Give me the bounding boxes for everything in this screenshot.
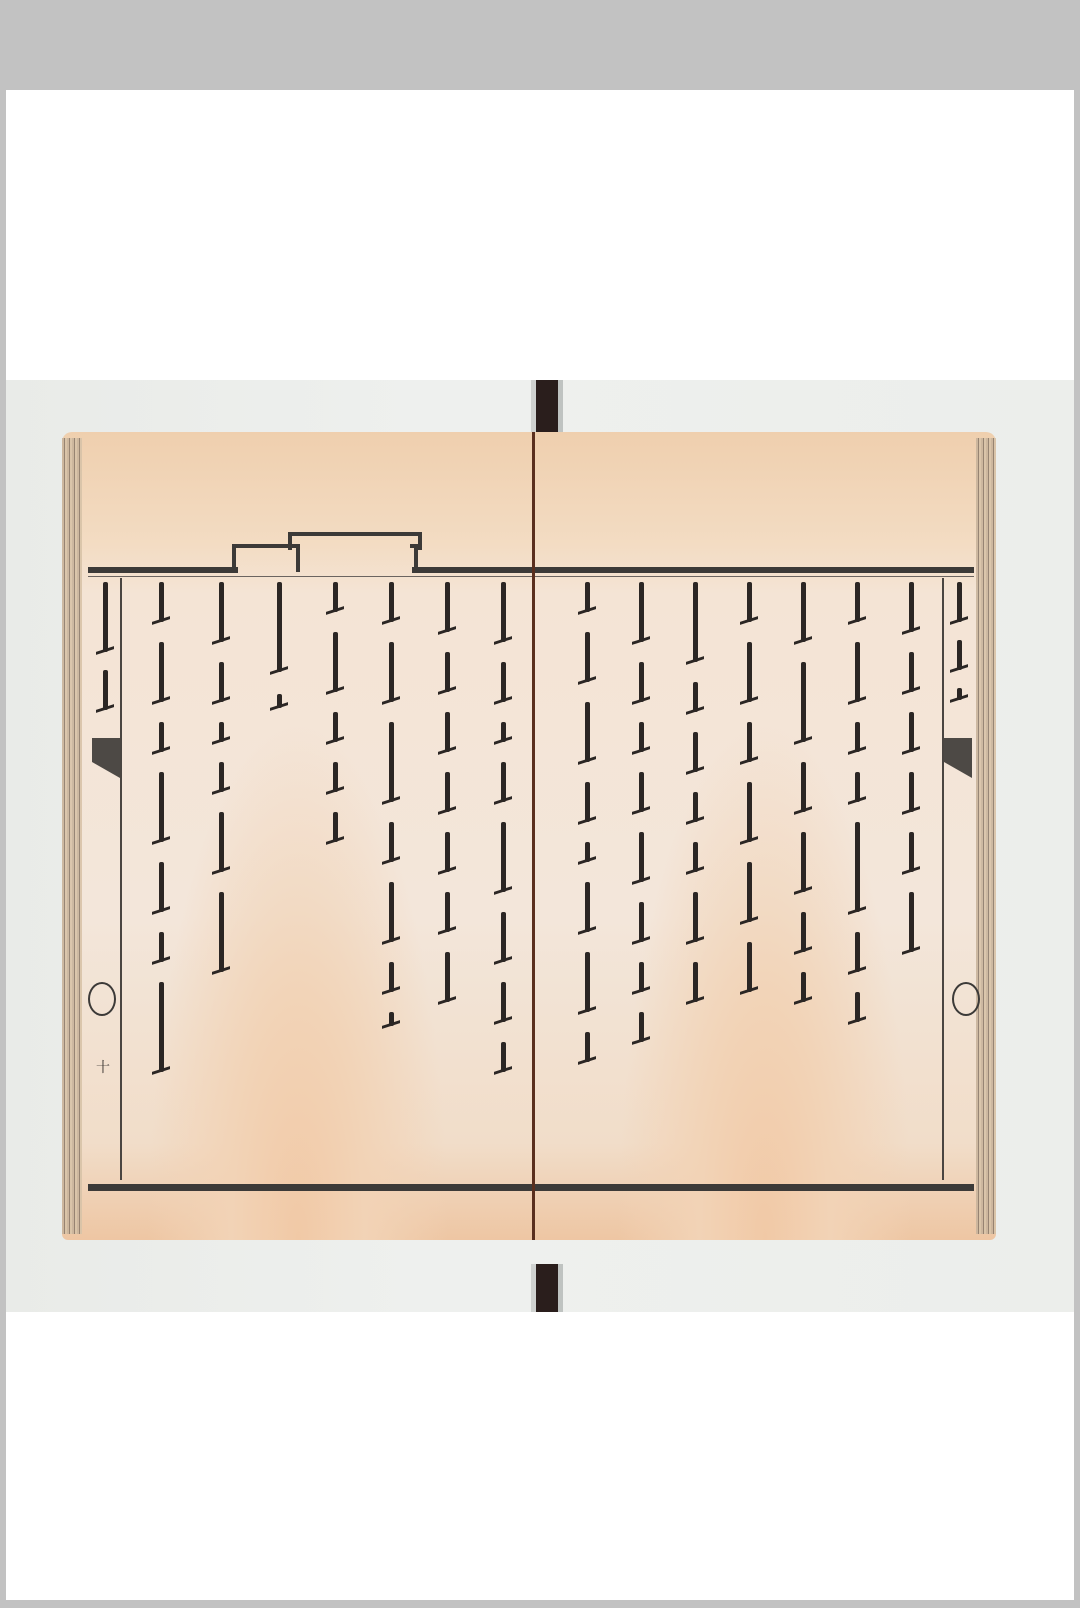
frame-inner-line <box>88 576 534 577</box>
margin-title-column <box>94 582 116 710</box>
text-column <box>630 582 652 1042</box>
text-column <box>436 582 458 1002</box>
page-edge <box>976 438 996 1234</box>
binding-notch <box>952 982 980 1016</box>
frame-inner-line <box>534 576 974 577</box>
book-spine <box>532 432 535 1240</box>
text-column <box>738 582 760 992</box>
margin-divider <box>120 578 122 1180</box>
text-column <box>492 582 514 1072</box>
text-column <box>324 582 346 842</box>
text-column <box>792 582 814 1002</box>
text-column <box>846 582 868 1022</box>
page-edge <box>62 438 82 1234</box>
margin-title-column <box>948 582 970 700</box>
image-card: 十 <box>6 90 1074 1600</box>
text-column <box>380 582 402 1026</box>
text-column <box>150 582 172 1072</box>
binding-notch <box>88 982 116 1016</box>
text-column <box>210 582 232 972</box>
text-column <box>684 582 706 1002</box>
text-column <box>900 582 922 952</box>
fish-tail-mark <box>92 738 120 778</box>
frame-border-bottom <box>534 1184 974 1191</box>
text-column <box>268 582 290 708</box>
book-photo: 十 <box>6 380 1074 1312</box>
text-column <box>576 582 598 1062</box>
left-page: 十 <box>62 432 534 1240</box>
frame-border-top <box>412 567 534 573</box>
bookmark-ribbon-bottom <box>531 1264 563 1312</box>
ornamental-step <box>288 532 422 550</box>
right-page <box>534 432 996 1240</box>
margin-divider <box>942 578 944 1180</box>
frame-border-top <box>88 567 238 573</box>
bookmark-ribbon-top <box>531 380 563 432</box>
page-number: 十 <box>96 1057 110 1077</box>
frame-border-top <box>534 567 974 573</box>
fish-tail-mark <box>944 738 972 778</box>
frame-border-bottom <box>88 1184 534 1191</box>
